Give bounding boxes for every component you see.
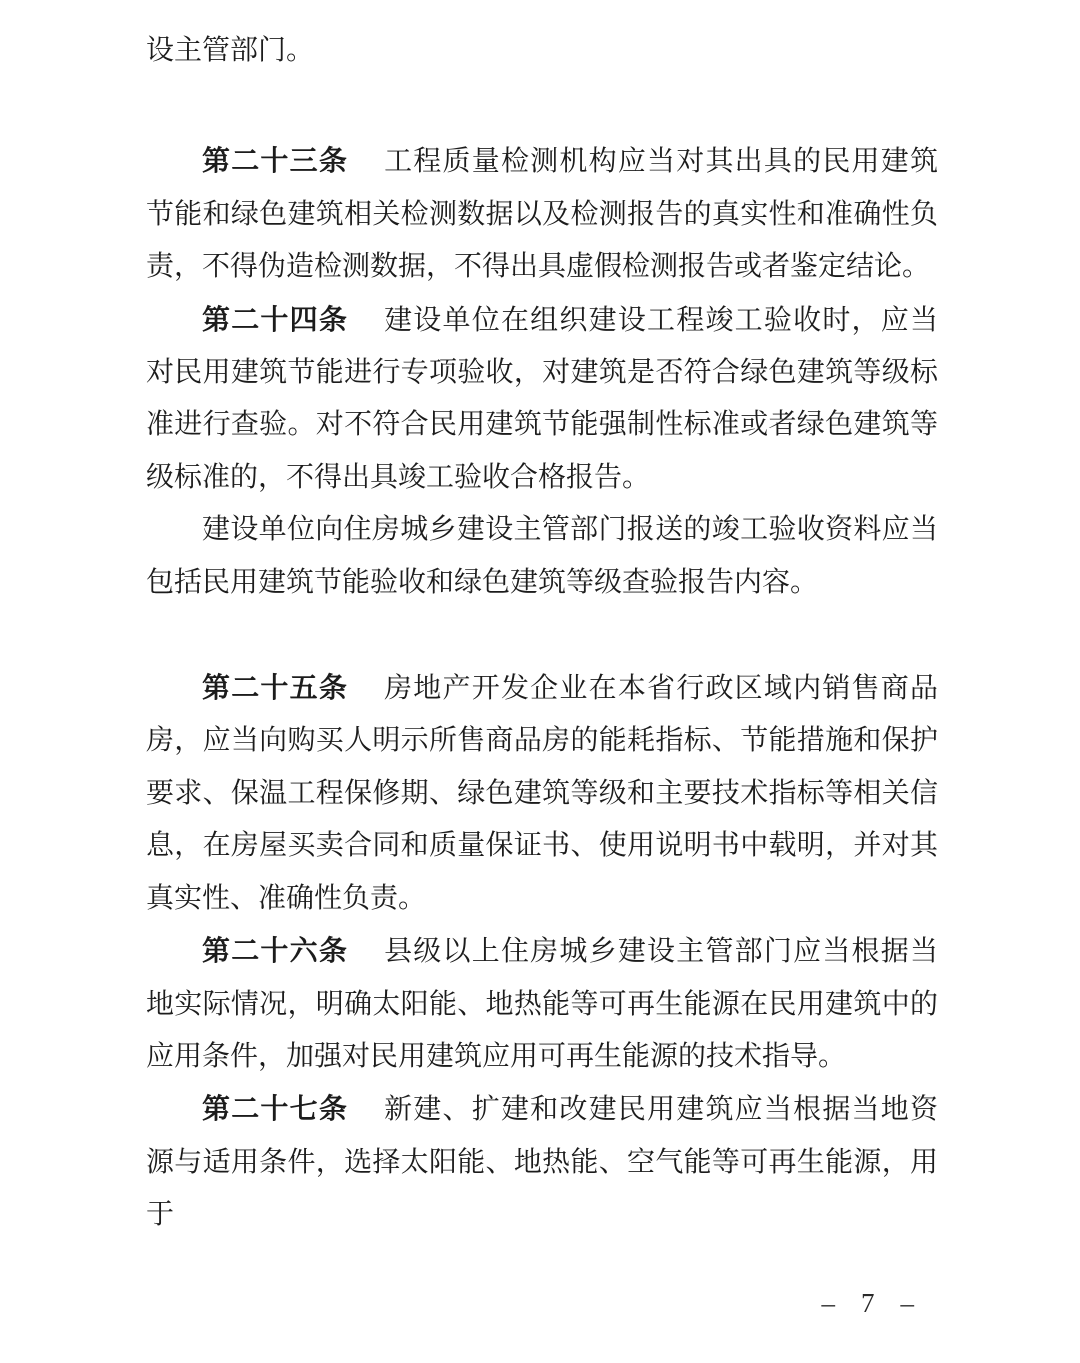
article-25-paragraph: 第二十五条房地产开发企业在本省行政区域内销售商品房，应当向购买人明示所售商品房的…: [146, 662, 938, 925]
document-page: 设主管部门。 第二十三条工程质量检测机构应当对其出具的民用建筑节能和绿色建筑相关…: [0, 0, 1080, 1363]
article-23-number: 第二十三条: [202, 145, 348, 176]
article-24-number: 第二十四条: [202, 304, 348, 335]
page-number: 7: [861, 1288, 875, 1319]
paragraph-text: 建设单位向住房城乡建设主管部门报送的竣工验收资料应当包括民用建筑节能验收和绿色建…: [146, 514, 938, 597]
article-24-subparagraph: 建设单位向住房城乡建设主管部门报送的竣工验收资料应当包括民用建筑节能验收和绿色建…: [146, 504, 938, 609]
article-23-paragraph: 第二十三条工程质量检测机构应当对其出具的民用建筑节能和绿色建筑相关检测数据以及检…: [146, 135, 938, 293]
article-24-paragraph: 第二十四条建设单位在组织建设工程竣工验收时，应当对民用建筑节能进行专项验收，对建…: [146, 294, 938, 505]
blank-line: [146, 609, 938, 662]
article-27-number: 第二十七条: [202, 1093, 348, 1124]
page-footer: – 7 –: [822, 1288, 915, 1319]
article-26-paragraph: 第二十六条县级以上住房城乡建设主管部门应当根据当地实际情况，明确太阳能、地热能等…: [146, 925, 938, 1083]
footer-dash-left: –: [822, 1288, 836, 1319]
continuation-paragraph: 设主管部门。: [146, 25, 938, 77]
paragraph-text: 设主管部门。: [146, 35, 314, 66]
article-27-paragraph: 第二十七条新建、扩建和改建民用建筑应当根据当地资源与适用条件，选择太阳能、地热能…: [146, 1083, 938, 1241]
blank-line: [146, 77, 938, 135]
article-26-number: 第二十六条: [202, 935, 348, 966]
article-25-number: 第二十五条: [202, 672, 348, 703]
document-text-block: 设主管部门。 第二十三条工程质量检测机构应当对其出具的民用建筑节能和绿色建筑相关…: [146, 25, 938, 1242]
paragraph-text: 房地产开发企业在本省行政区域内销售商品房，应当向购买人明示所售商品房的能耗指标、…: [146, 673, 938, 914]
footer-dash-right: –: [901, 1288, 915, 1319]
